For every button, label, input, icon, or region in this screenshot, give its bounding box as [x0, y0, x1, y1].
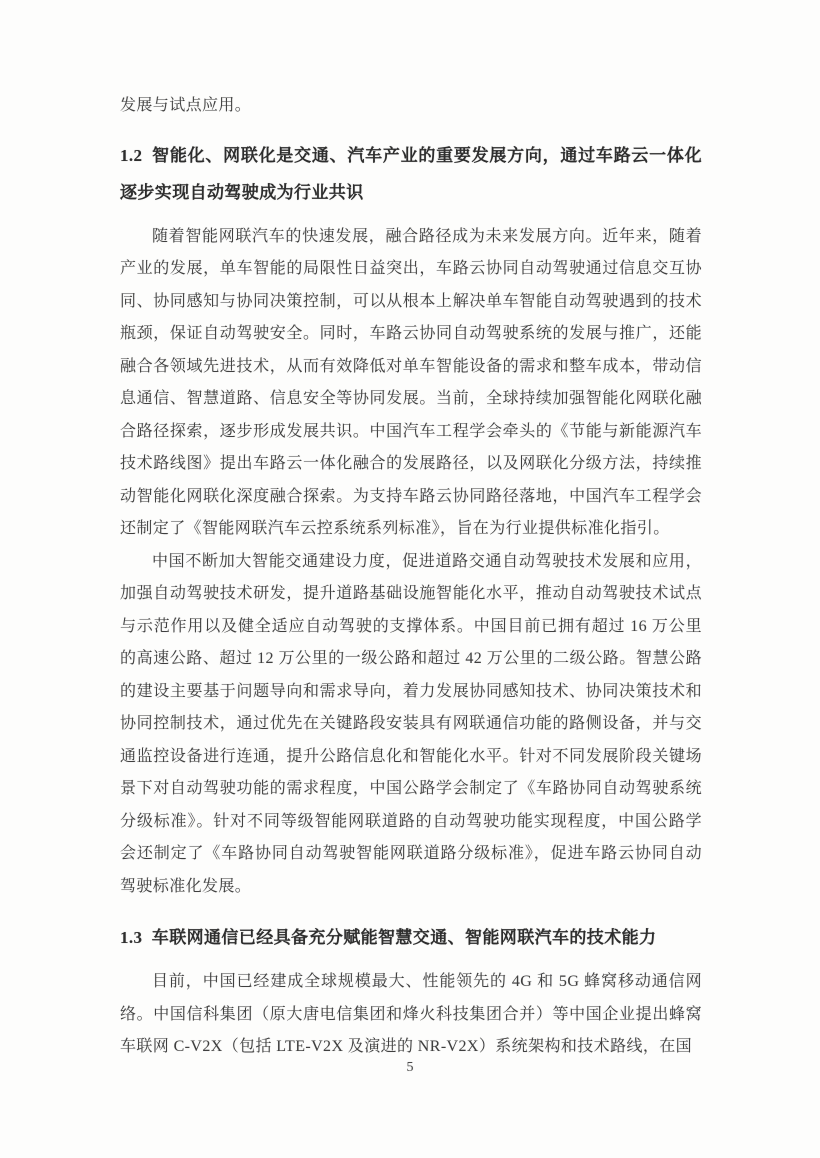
- page-content: 发展与试点应用。 1.2智能化、网联化是交通、汽车产业的重要发展方向，通过车路云…: [0, 0, 820, 1064]
- section-number: 1.3: [120, 928, 142, 947]
- document-page: 发展与试点应用。 1.2智能化、网联化是交通、汽车产业的重要发展方向，通过车路云…: [0, 0, 820, 1158]
- body-paragraph: 目前，中国已经建成全球规模最大、性能领先的 4G 和 5G 蜂窝移动通信网络。中…: [120, 966, 702, 1064]
- section-title: 车联网通信已经具备充分赋能智慧交通、智能网联汽车的技术能力: [152, 928, 657, 947]
- body-paragraph: 随着智能网联汽车的快速发展，融合路径成为未来发展方向。近年来，随着产业的发展，单…: [120, 221, 702, 546]
- intro-paragraph-fragment: 发展与试点应用。: [120, 90, 702, 123]
- section-heading-1-3: 1.3车联网通信已经具备充分赋能智慧交通、智能网联汽车的技术能力: [120, 919, 702, 956]
- page-number: 5: [0, 1060, 820, 1076]
- section-number: 1.2: [120, 146, 142, 165]
- body-paragraph: 中国不断加大智能交通建设力度，促进道路交通自动驾驶技术发展和应用，加强自动驾驶技…: [120, 546, 702, 904]
- section-title: 智能化、网联化是交通、汽车产业的重要发展方向，通过车路云一体化逐步实现自动驾驶成…: [120, 146, 702, 202]
- section-heading-1-2: 1.2智能化、网联化是交通、汽车产业的重要发展方向，通过车路云一体化逐步实现自动…: [120, 137, 702, 211]
